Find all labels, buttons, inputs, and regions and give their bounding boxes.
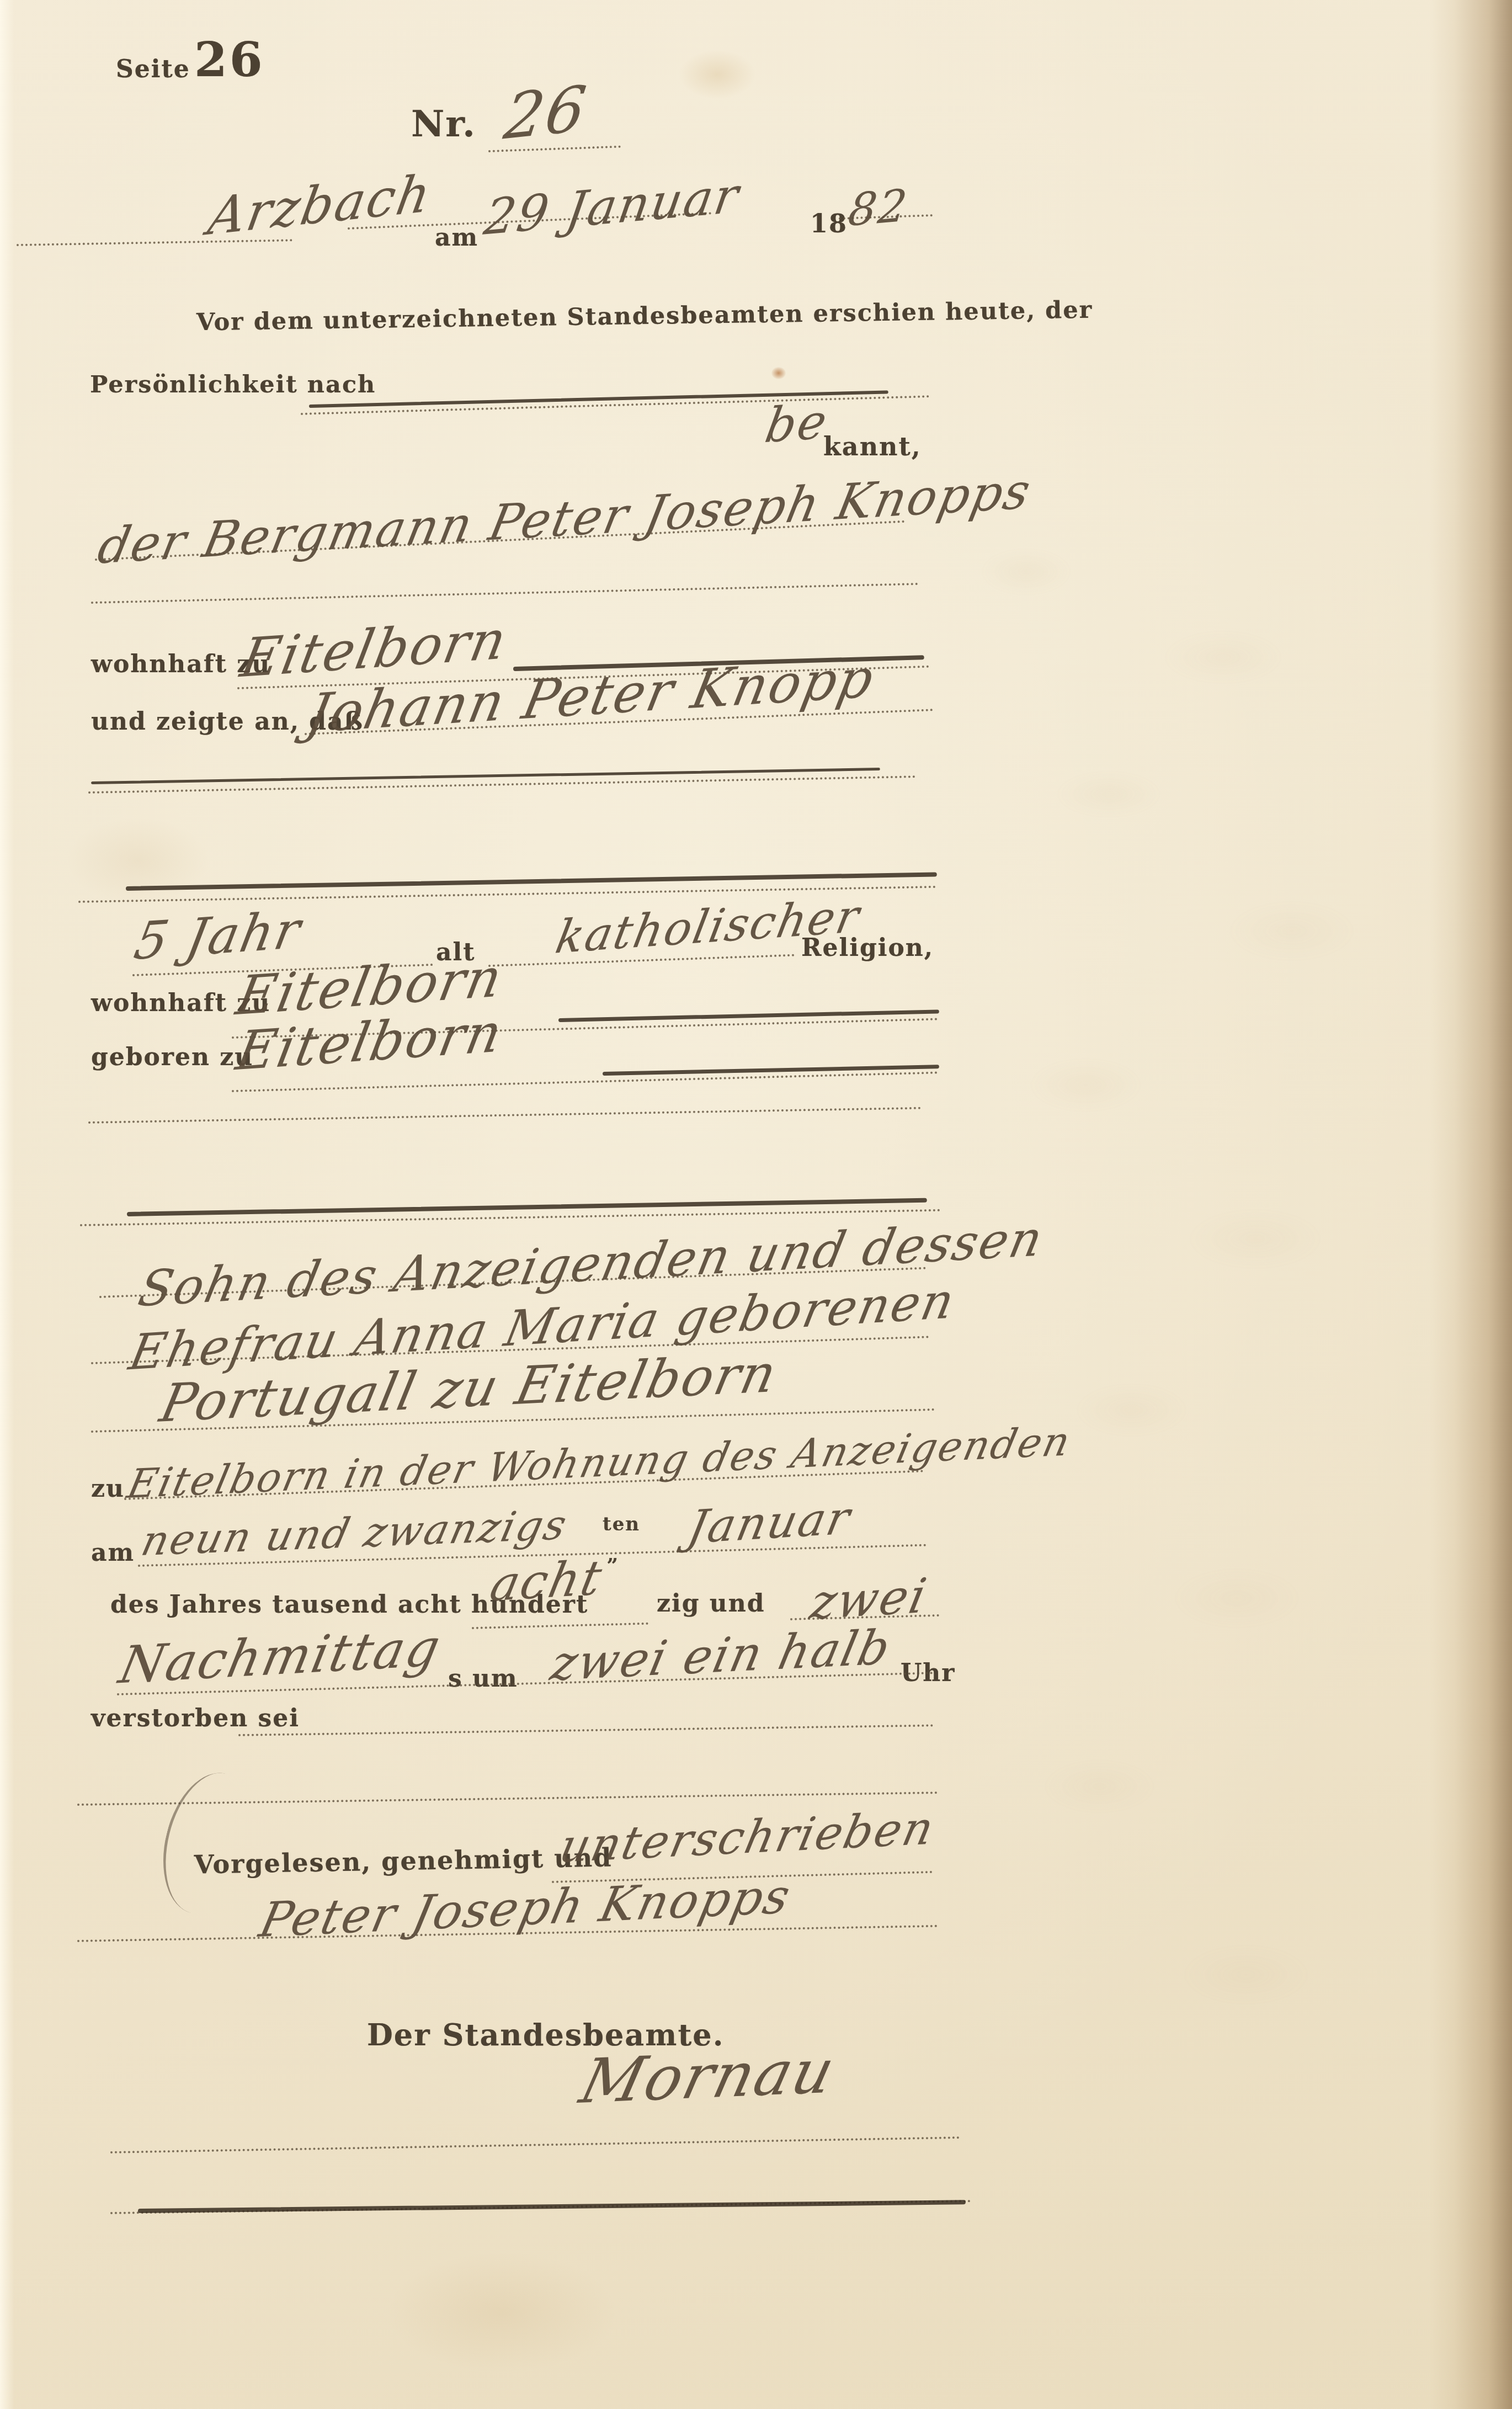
registrar-rule bbox=[110, 2136, 960, 2153]
intro-line: Vor dem unterzeichneten Standesbeamten e… bbox=[196, 296, 1093, 337]
identity-label: Persönlichkeit nach bbox=[90, 371, 376, 398]
dateline-year: 82 bbox=[845, 179, 911, 237]
death-place-label: zu bbox=[91, 1475, 125, 1503]
dateline-place: Arzbach bbox=[204, 163, 436, 247]
final-ink-stroke bbox=[138, 2200, 966, 2213]
death-year-mid: zig und bbox=[657, 1589, 765, 1618]
recognized-prefix: be bbox=[761, 393, 833, 454]
attestation-handwritten: unterschrieben bbox=[555, 1802, 940, 1873]
religion-label: Religion, bbox=[801, 934, 934, 962]
declarant-name: der Bergmann Peter Joseph Knopps bbox=[93, 462, 1037, 575]
death-year-rule-a bbox=[472, 1623, 648, 1629]
registrar-signature: Mornau bbox=[574, 2035, 843, 2118]
record-number-value: 26 bbox=[500, 72, 592, 154]
death-month-value: Januar bbox=[683, 1492, 856, 1555]
page-number: 26 bbox=[194, 32, 265, 88]
dateline-am: am bbox=[435, 224, 478, 252]
recognized-suffix: kannt, bbox=[823, 432, 922, 461]
dateline-day-month: 29 Januar bbox=[481, 166, 744, 246]
closing-rule bbox=[238, 1724, 934, 1736]
record-number-label: Nr. bbox=[411, 102, 476, 145]
death-date-label: am bbox=[91, 1539, 135, 1567]
blank-rule-1 bbox=[91, 583, 919, 604]
blank-rule-2 bbox=[88, 1107, 922, 1124]
page-label: Seite bbox=[116, 55, 190, 83]
birthplace-label: geboren zu bbox=[91, 1043, 253, 1071]
death-date-quote: „ bbox=[607, 1543, 620, 1566]
document-page: Seite 26 Nr. 26 Arzbach am 29 Januar 18 … bbox=[0, 0, 1512, 2409]
age-value: 5 Jahr bbox=[130, 900, 307, 972]
death-closing: verstorben sei bbox=[91, 1704, 300, 1732]
page-right-edge bbox=[1429, 0, 1512, 2409]
attestation-printed: Vorgelesen, genehmigt und bbox=[194, 1842, 613, 1879]
death-date-suffix: ten bbox=[603, 1513, 640, 1535]
ink-flourish bbox=[150, 1763, 267, 1923]
death-time-label1: s um bbox=[448, 1665, 518, 1693]
death-year-value1: acht bbox=[486, 1550, 608, 1612]
death-time-value1: Nachmittag bbox=[114, 1618, 446, 1695]
dateline-rule-a bbox=[17, 239, 292, 246]
form-content: Seite 26 Nr. 26 Arzbach am 29 Januar 18 … bbox=[0, 0, 1512, 2409]
separator-stroke-1 bbox=[91, 768, 880, 784]
dateline-century: 18 bbox=[810, 209, 848, 238]
separator-rule-1 bbox=[88, 775, 916, 794]
page-left-edge bbox=[0, 0, 14, 2409]
